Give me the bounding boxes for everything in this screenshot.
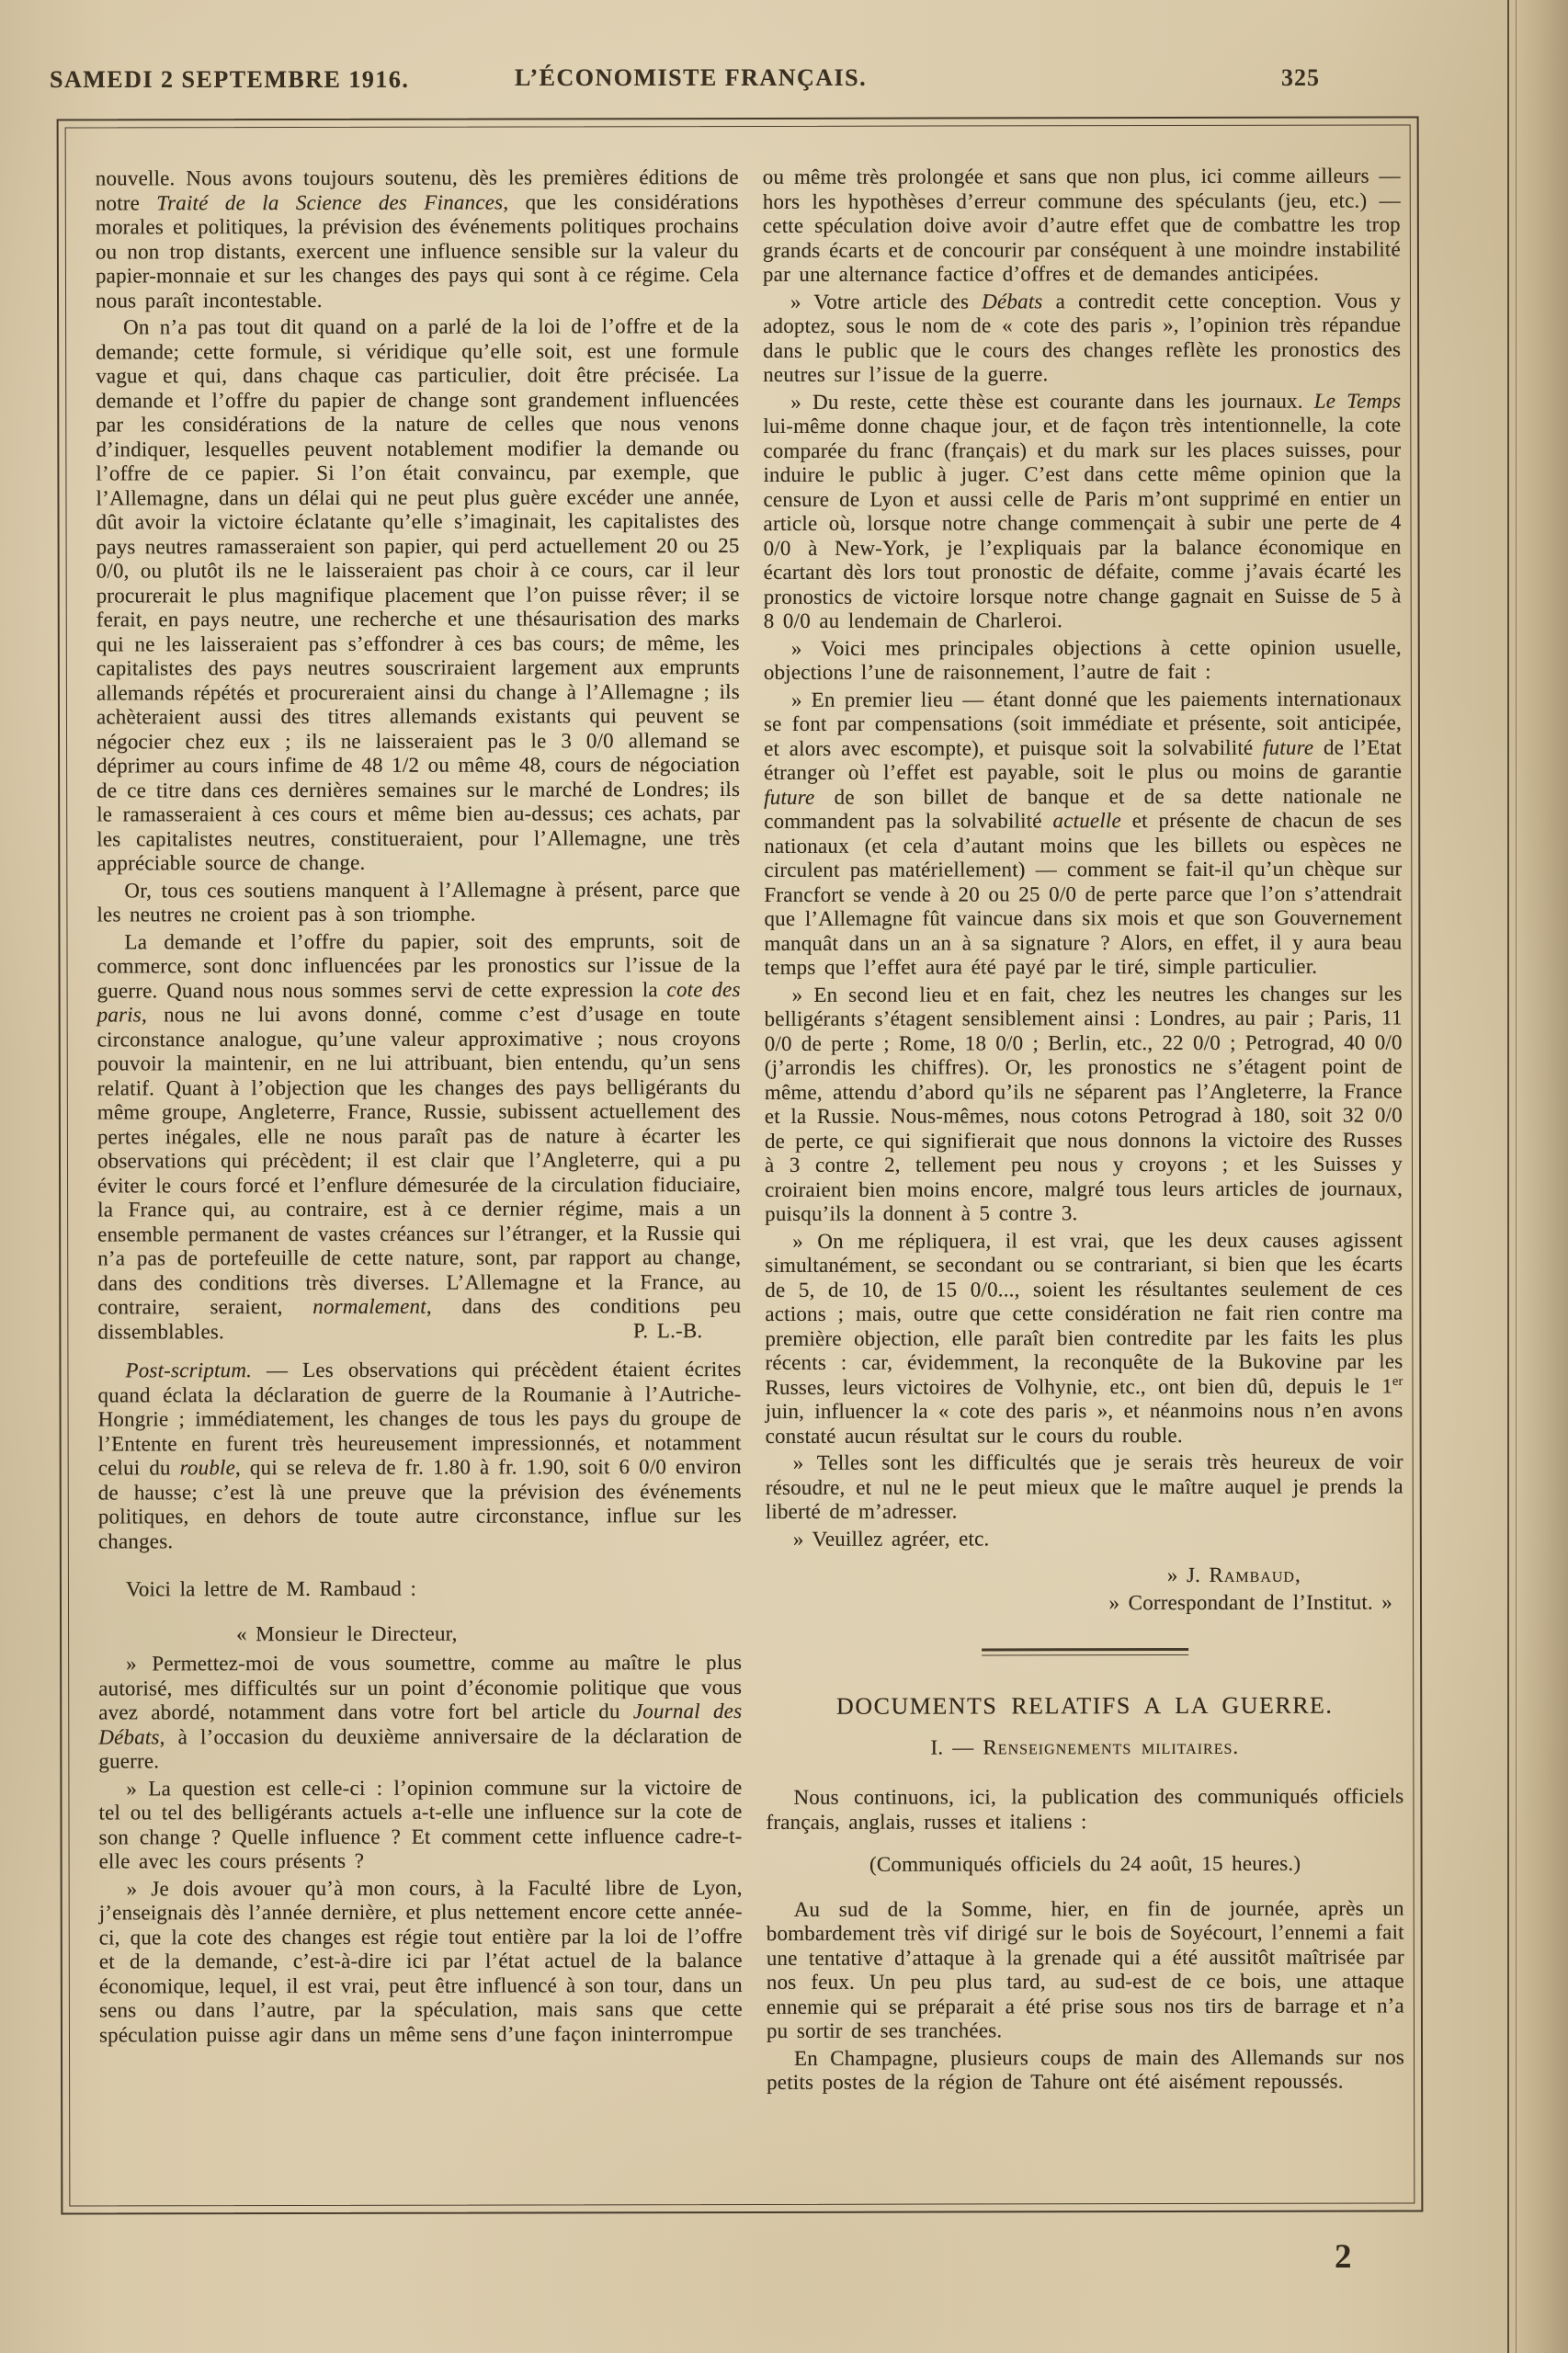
text-run: , [1295,1563,1301,1586]
article-paragraph: » Du reste, cette thèse est courante dan… [763,389,1402,633]
text-run: » En second lieu et en fait, chez les ne… [765,982,1403,1225]
text-run: Traité de la Science des Finances [156,190,503,214]
article-paragraph: » Telles sont les difficultés que je ser… [766,1449,1403,1524]
text-run: juin, influencer la « cote des paris », … [766,1398,1403,1447]
text-run: future [1263,735,1313,758]
left-column: nouvelle. Nous avons toujours soutenu, d… [96,165,744,2190]
text-run: » Votre article des [790,290,982,313]
article-paragraph: » Je dois avouer qu’à mon cours, à la Fa… [99,1875,743,2047]
article-paragraph: » Permettez-moi de vous soumettre, comme… [98,1651,742,1774]
page-edge-shadow [1518,0,1568,2353]
text-run: » Voici mes principales objections à cet… [764,635,1402,684]
page-number: 325 [1281,64,1320,92]
text-run: lui-même donne chaque jour, et de façon … [763,413,1401,631]
text-run: Or, tous ces soutiens manquent à l’Allem… [97,877,740,926]
text-run: » J. [1167,1563,1210,1586]
article-paragraph: » Votre article des Débats a contredit c… [763,289,1401,387]
text-run: et présente de chacun de ses nationaux (… [764,808,1402,978]
text-run: Au sud de la Somme, hier, en fin de jour… [767,1896,1404,2042]
text-run: Post-scriptum. [125,1358,252,1381]
text-run: Rambaud [1209,1563,1295,1586]
text-run: Voici la lettre de M. Rambaud : [126,1577,416,1601]
text-run: « Monsieur le Directeur, [236,1621,458,1645]
text-run: , à l’occasion du deuxième anniversaire … [98,1723,742,1772]
article-paragraph: Au sud de la Somme, hier, en fin de jour… [767,1896,1404,2043]
communique-dateline: (Communiqués officiels du 24 août, 15 he… [767,1851,1404,1877]
text-run: On n’a pas tout dit quand on a parlé de … [96,314,740,874]
text-run: » Correspondant de l’Institut. » [1108,1590,1392,1614]
text-run: rouble [180,1456,235,1479]
text-run: » On me répliquera, il est vrai, que les… [765,1228,1403,1398]
text-run: » Telles sont les difficultés que je ser… [766,1449,1403,1522]
page-edge-line [1507,0,1517,2353]
issue-date: SAMEDI 2 SEPTEMBRE 1916. [50,66,409,94]
text-run: actuelle [1052,809,1120,832]
page-frame: nouvelle. Nous avons toujours soutenu, d… [57,116,1424,2214]
article-paragraph: Post-scriptum. — Les observations qui pr… [97,1358,741,1553]
right-column: ou même très prolongée et sans que non p… [763,164,1405,2188]
frame-inner: nouvelle. Nous avons toujours soutenu, d… [65,124,1415,2206]
article-paragraph: » On me répliquera, il est vrai, que les… [765,1228,1403,1449]
article-paragraph: Nous continuons, ici, la publication des… [766,1784,1403,1834]
text-run: Débats [982,290,1042,313]
text-run: future [764,785,814,808]
text-run: (Communiqués officiels du 24 août, 15 he… [869,1852,1301,1876]
article-paragraph: En Champagne, plusieurs coups de main de… [767,2045,1404,2095]
text-run: , nous ne lui avons donné, comme c’est d… [97,1002,742,1318]
letter-salutation: « Monsieur le Directeur, [98,1620,742,1646]
article-paragraph: » Veuillez agréer, etc. [766,1526,1403,1552]
article-paragraph: nouvelle. Nous avons toujours soutenu, d… [96,165,739,313]
text-run: La demande et l’offre du papier, soit de… [97,928,741,1001]
article-paragraph: Voici la lettre de M. Rambaud : [98,1576,742,1602]
section-subheading: I. — Renseignements militaires. [766,1734,1403,1760]
article-paragraph: La demande et l’offre du papier, soit de… [97,928,741,1344]
text-run: » Je dois avouer qu’à mon cours, à la Fa… [99,1875,743,2045]
newspaper-page: SAMEDI 2 SEPTEMBRE 1916. L’ÉCONOMISTE FR… [0,0,1568,2353]
text-run: Renseignements militaires. [983,1734,1239,1758]
text-run: Le Temps [1314,389,1402,412]
text-run: » Veuillez agréer, etc. [793,1527,990,1550]
section-heading: DOCUMENTS RELATIFS A LA GUERRE. [766,1693,1403,1719]
text-run: En Champagne, plusieurs coups de main de… [767,2045,1404,2094]
text-run: I. — [931,1735,983,1758]
publication-title: L’ÉCONOMISTE FRANÇAIS. [515,64,867,92]
article-paragraph: » En premier lieu — étant donné que les … [764,687,1403,980]
text-run: normalement [312,1295,426,1318]
letter-signature-role: » Correspondant de l’Institut. » [766,1590,1403,1616]
text-run: » Du reste, cette thèse est courante dan… [790,389,1314,413]
text-run: ou même très prolongée et sans que non p… [763,164,1401,285]
sheet-signature-number: 2 [1335,2237,1352,2277]
page-header: SAMEDI 2 SEPTEMBRE 1916. L’ÉCONOMISTE FR… [0,0,1568,118]
text-run: er [1392,1373,1403,1388]
text-run: Nous continuons, ici, la publication des… [766,1784,1403,1833]
text-run: » La question est celle-ci : l’opinion c… [98,1775,742,1872]
section-divider [982,1648,1188,1655]
article-paragraph: ou même très prolongée et sans que non p… [763,164,1401,287]
text-run: DOCUMENTS RELATIFS A LA GUERRE. [836,1692,1333,1720]
article-paragraph: Or, tous ces soutiens manquent à l’Allem… [97,877,740,926]
article-paragraph: » En second lieu et en fait, chez les ne… [765,982,1403,1226]
article-paragraph: » La question est celle-ci : l’opinion c… [98,1775,742,1873]
text-run: P. L.-B. [606,1319,702,1344]
article-paragraph: » Voici mes principales objections à cet… [764,635,1402,685]
letter-signature-name: » J. Rambaud, [766,1563,1403,1588]
article-paragraph: On n’a pas tout dit quand on a parlé de … [96,314,740,876]
